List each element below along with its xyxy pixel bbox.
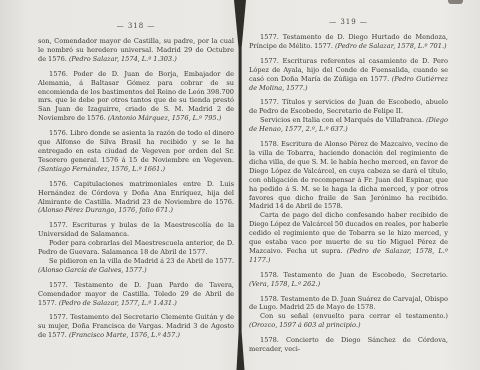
entry-text: Se pidieron en la villa de Madrid á 23 d…	[49, 257, 234, 265]
catalog-entry: 1577. Escrituras referentes al casamient…	[249, 57, 448, 93]
catalog-entry: 1577. Testamento de D. Juan Pardo de Tav…	[38, 281, 234, 308]
entry-citation: (Francisco Marte, 1576, L.º 457.)	[69, 331, 180, 339]
catalog-entry: 1576. Capitulaciones matrimoniales entre…	[38, 180, 234, 216]
entry-citation: (Antonio Márquez, 1576, L.º 795.)	[108, 114, 222, 122]
entry-text: 1578. Testamento de D. Juan Suárez de Ca…	[249, 295, 448, 312]
page-number-left: — 318 —	[38, 22, 234, 30]
entry-citation: (Vera, 1578, L.º 262.)	[249, 280, 320, 288]
catalog-entry: son, Comendador mayor de Castilla, su pa…	[38, 37, 234, 64]
catalog-subentry: Se pidieron en la villa de Madrid á 23 d…	[38, 257, 234, 275]
catalog-entry: 1577. Testamento de D. Diego Hurtado de …	[249, 33, 448, 51]
entry-citation: (Orozco, 1597 á 603 al principio.)	[249, 321, 361, 329]
catalog-subentry: Carta de pago del dicho confesando haber…	[249, 211, 448, 264]
catalog-entry: 1578. Escritura de Alonso Pérez de Mazca…	[249, 140, 448, 211]
entry-citation: (Alonso Pérez Durango, 1576, folio 671.)	[38, 206, 173, 214]
left-page: — 318 — son, Comendador mayor de Castill…	[38, 0, 234, 340]
entry-citation: (Santiago Fernández, 1576, L.º 1661.)	[38, 165, 165, 173]
catalog-entry: 1576. Libro donde se asienta la razón de…	[38, 129, 234, 174]
entry-text: 1576. Libro donde se asienta la razón de…	[38, 129, 234, 164]
page-number-right: — 319 —	[249, 18, 448, 26]
entry-citation: (Pedro de Salazar, 1577, L.º 1.431.)	[59, 299, 177, 307]
catalog-entry: 1578. Concierto de Diego Sánchez de Córd…	[249, 336, 448, 354]
right-page-text-block: 1577. Testamento de D. Diego Hurtado de …	[249, 33, 448, 354]
entry-citation: (Alonso García de Galves, 1577.)	[38, 266, 147, 274]
entry-text: Con su señal (envuelto para cerrar el te…	[260, 312, 448, 320]
entry-citation: (Pedro de Salazar, 1578, L.º 701.)	[335, 42, 447, 50]
entry-text: 1578. Escritura de Alonso Pérez de Mazca…	[249, 140, 448, 210]
entry-text: 1578. Concierto de Diego Sánchez de Córd…	[249, 336, 448, 353]
entry-text: Servicios en Italia con el Marqués de Vi…	[260, 116, 424, 124]
catalog-entry: 1578. Testamento de D. Juan Suárez de Ca…	[249, 295, 448, 313]
catalog-entry: 1577. Testamento del Secretario Clemente…	[38, 313, 234, 340]
catalog-subentry: Con su señal (envuelto para cerrar el te…	[249, 312, 448, 330]
entry-citation: (Pedro Salazar, 1574, L.º 1.303.)	[69, 55, 177, 63]
entry-text: Poder para cobrarlas del Maestrescuela a…	[38, 239, 234, 256]
scan-artifact	[448, 0, 463, 4]
catalog-entry: 1578. Testamento de Juan de Escobedo, Se…	[249, 271, 448, 289]
entry-text: 1576. Capitulaciones matrimoniales entre…	[38, 180, 234, 206]
right-page: — 319 — 1577. Testamento de D. Diego Hur…	[249, 0, 448, 354]
entry-text: 1577. Títulos y servicios de Juan de Esc…	[249, 98, 448, 115]
catalog-subentry: Poder para cobrarlas del Maestrescuela a…	[38, 239, 234, 257]
catalog-subentry: Servicios en Italia con el Marqués de Vi…	[249, 116, 448, 134]
catalog-entry: 1577. Títulos y servicios de Juan de Esc…	[249, 98, 448, 116]
entry-text: 1578. Testamento de Juan de Escobedo, Se…	[260, 271, 448, 279]
catalog-entry: 1576. Poder de D. Juan de Borja, Embajad…	[38, 70, 234, 123]
entry-text: 1577. Escrituras y bulas de la Maestresc…	[38, 221, 234, 238]
catalog-entry: 1577. Escrituras y bulas de la Maestresc…	[38, 221, 234, 239]
left-page-text-block: son, Comendador mayor de Castilla, su pa…	[38, 37, 234, 340]
